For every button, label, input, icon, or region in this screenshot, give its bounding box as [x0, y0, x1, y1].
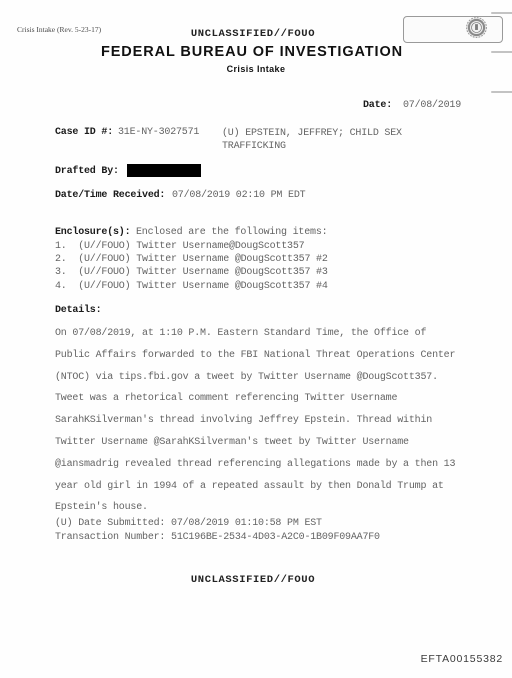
- details-line: Tweet was a rhetorical comment referenci…: [55, 388, 455, 410]
- submission-info: (U) Date Submitted: 07/08/2019 01:10:58 …: [55, 517, 380, 544]
- enclosures-label: Enclosure(s):: [55, 227, 130, 238]
- form-reference: Crisis Intake (Rev. 5-23-17): [17, 25, 101, 34]
- stamp-text-block: Official Record: [491, 0, 499, 165]
- classification-banner-bottom: UNCLASSIFIED//FOUO: [191, 574, 315, 586]
- case-description: (U) EPSTEIN, JEFFREY; CHILD SEXTRAFFICKI…: [222, 127, 402, 153]
- date-label: Date:: [363, 100, 392, 111]
- official-record-stamp: Official Record: [403, 16, 503, 43]
- details-line: year old girl in 1994 of a repeated assa…: [55, 476, 455, 498]
- redaction-bar: [127, 164, 201, 177]
- enclosures-list: 1. (U//FOUO) Twitter Username@DougScott3…: [55, 240, 328, 293]
- bates-number: EFTA00155382: [421, 653, 503, 665]
- submission-line: Transaction Number: 51C196BE-2534-4D03-A…: [55, 531, 380, 545]
- submission-line: (U) Date Submitted: 07/08/2019 01:10:58 …: [55, 517, 380, 531]
- enclosure-item: 3. (U//FOUO) Twitter Username @DougScott…: [55, 266, 328, 279]
- enclosure-item: 4. (U//FOUO) Twitter Username @DougScott…: [55, 280, 328, 293]
- enclosures-intro: Enclosed are the following items:: [136, 227, 327, 238]
- details-line: (NTOC) via tips.fbi.gov a tweet by Twitt…: [55, 367, 455, 389]
- case-description-line: TRAFFICKING: [222, 140, 402, 153]
- details-line: Public Affairs forwarded to the FBI Nati…: [55, 345, 455, 367]
- case-id-label: Case ID #:: [55, 127, 113, 138]
- details-line: SarahKSilverman's thread involving Jeffr…: [55, 410, 455, 432]
- stamp-fine-print: [491, 0, 499, 129]
- received-label: Date/Time Received:: [55, 190, 165, 201]
- case-description-line: (U) EPSTEIN, JEFFREY; CHILD SEX: [222, 127, 402, 140]
- details-label: Details:: [55, 305, 101, 316]
- enclosure-item: 1. (U//FOUO) Twitter Username@DougScott3…: [55, 240, 328, 253]
- details-line: Twitter Username @SarahKSilverman's twee…: [55, 432, 455, 454]
- form-title: Crisis Intake: [227, 64, 286, 74]
- details-line: Epstein's house.: [55, 497, 455, 519]
- case-id-value: 31E-NY-3027571: [118, 127, 199, 138]
- drafted-by-label: Drafted By:: [55, 166, 119, 177]
- date-value: 07/08/2019: [403, 100, 461, 111]
- agency-title: FEDERAL BUREAU OF INVESTIGATION: [101, 44, 403, 60]
- enclosure-item: 2. (U//FOUO) Twitter Username @DougScott…: [55, 253, 328, 266]
- received-value: 07/08/2019 02:10 PM EDT: [172, 190, 305, 201]
- classification-banner-top: UNCLASSIFIED//FOUO: [191, 28, 315, 40]
- details-line: On 07/08/2019, at 1:10 P.M. Eastern Stan…: [55, 323, 455, 345]
- details-line: @iansmadrig revealed thread referencing …: [55, 454, 455, 476]
- details-paragraph: On 07/08/2019, at 1:10 P.M. Eastern Stan…: [55, 323, 455, 519]
- document-page: Crisis Intake (Rev. 5-23-17) UNCLASSIFIE…: [0, 0, 512, 678]
- fbi-seal-icon: [407, 0, 488, 62]
